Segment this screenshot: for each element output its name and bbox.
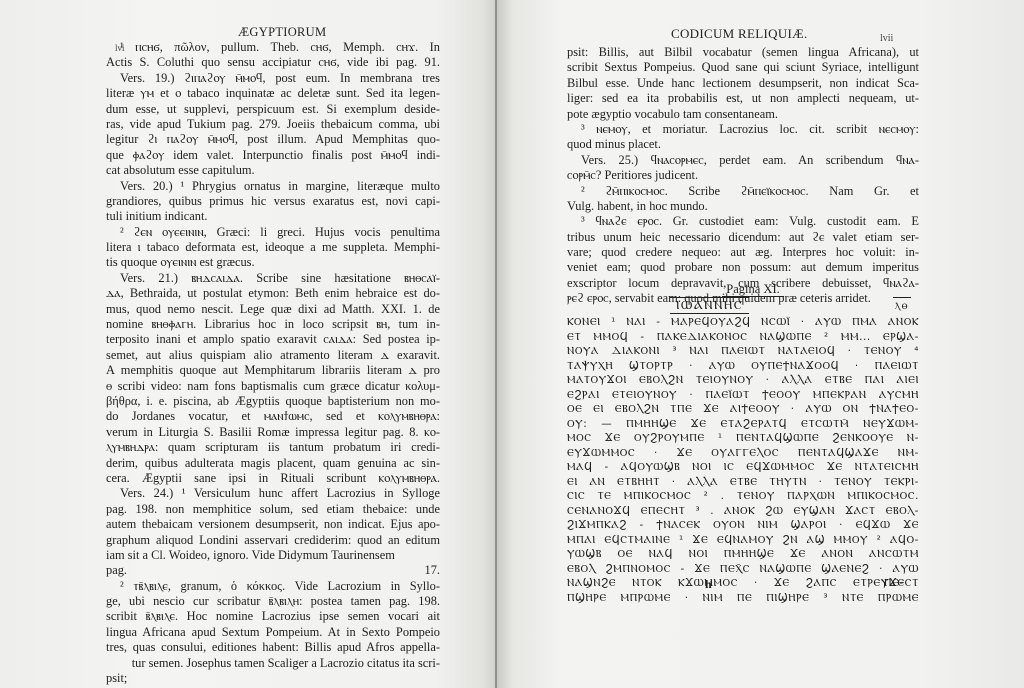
coptic-line: ⲞⲈ ⲈⲒ ⲈⲂⲞⲖϨⲚ ⲦⲠⲈ ϪⲈ ⲀⲒϮⲈⲞⲞⲨ · ⲀⲨⲰ ⲞⲚ ϮⲚⲀ…	[567, 402, 919, 417]
coptic-line-text: ⲘⲞⲤ ϪⲈ ⲞⲨϨⲢⲞⲨⲘⲠⲈ ¹ ⲠⲈⲚⲦⲀϤϢⲰⲠⲈ ϨⲈⲚⲔⲞⲞⲨⲈ Ⲛ…	[567, 432, 919, 444]
text-line: cat absolutum esse capitulum.	[106, 163, 440, 178]
coptic-line-text: ⲘⲀⲦⲞⲨϪⲞⲒ ⲈⲂⲞⲖϨⲚ ⲦⲈⲒⲞⲨⲚⲞⲨ · ⲀⲖⲖⲀ ⲈⲦⲂⲈ ⲠⲀⲒ…	[567, 374, 919, 386]
text-line: terposito inani et amplo spatio exaravit…	[106, 332, 440, 347]
pagina-label: Pagina XI.	[722, 282, 783, 297]
text-line: Vers. 19.) ϩⲓⲡⲁϩⲟⲩ ⲙ̄ⲙⲟϥ, post eum. In m…	[106, 71, 440, 86]
right-page-text: psit: Billis, aut Bilbil vocabatur (seme…	[567, 45, 919, 307]
text-line: Bilbul esse. Unde hanc lectionem desumps…	[567, 76, 919, 91]
text-line: Vers. 25.) ϥⲛⲁⲥⲟⲣⲙⲉⲥ, perdet eam. An scr…	[567, 153, 919, 168]
text-line: pote ægyptio vocabulo tam consentaneam.	[567, 107, 919, 122]
text-line: vare; quod credere nequeo: aut æg. Inter…	[567, 245, 919, 260]
text-line: scribit ⲃ̄ⲗⲃⲓⲗⲉ. Hoc nomine Lacrozius ip…	[106, 609, 440, 624]
coptic-book-title: ⲒⲰⲀⲚⲚⲎⲤ	[670, 297, 749, 314]
open-book-spread: ÆGYPTIORUM lvi CODICUM RELIQUIÆ. lvii ¹ …	[0, 0, 1024, 688]
coptic-line-text: ⲨⲰϢⲂ ⲞⲈ ⲚⲀϤ ⲚⲞⲒ ⲠⲘⲎⲎϢⲈ ϪⲈ ⲀⲚⲞⲚ ⲀⲚⲤⲰⲦⲘ	[567, 548, 919, 560]
coptic-line-text: ⲘⲠⲀⲒ ⲈϤⲤⲦⲘⲀⲒⲚⲈ ¹ ϪⲈ ⲈϤⲚⲀⲘⲞⲨ ϨⲚ ⲀϢ ⲘⲘⲞⲨ ²…	[567, 534, 919, 546]
coptic-line-text: ⲦⲀⲮⲨⲬⲎ ϢⲦⲞⲢⲦⲢ · ⲀⲨⲰ ⲞⲨⲠⲈϮⲚⲀϪⲞⲞϤ · ⲠⲀⲈⲒⲰⲦ	[567, 360, 919, 372]
text-line: ² ⲧⲃ̄ⲗⲃⲓⲗⲉ, granum, ὁ κόκκος. Vide Lacro…	[106, 579, 440, 594]
coptic-line: ⲘⲀⲦⲞⲨϪⲞⲒ ⲈⲂⲞⲖϨⲚ ⲦⲈⲒⲞⲨⲚⲞⲨ · ⲀⲖⲖⲀ ⲈⲦⲂⲈ ⲠⲀⲒ…	[567, 373, 919, 388]
coptic-line: ⲘⲞⲤ ϪⲈ ⲞⲨϨⲢⲞⲨⲘⲠⲈ ¹ ⲠⲈⲚⲦⲀϤϢⲰⲠⲈ ϨⲈⲚⲔⲞⲞⲨⲈ Ⲛ…	[567, 431, 919, 446]
coptic-line: ⲈⲨϪⲰⲘⲘⲞⲤ · ϪⲈ ⲞⲨⲀⲄⲄⲈⲖⲞⲤ ⲠⲈⲚⲦⲀϤϢⲀϪⲈ ⲚⲘ-	[567, 446, 919, 461]
text-line: Vers. 24.) ¹ Versiculum hunc affert Lacr…	[106, 486, 440, 501]
right-folio: lvii	[880, 33, 893, 44]
coptic-line-text: ⲘⲀϤ - ⲀϤⲞⲨⲰϢⲂ ⲚⲞⲒ ⲒⲤ ⲈϤϪⲰⲘⲘⲞⲤ ϪⲈ ⲚⲦⲀⲦⲈⲒⲤ…	[567, 461, 919, 473]
text-line: grandiores, quibus primus hic versus exa…	[106, 194, 440, 209]
text-line: quod minus placet.	[567, 137, 919, 152]
text-line: ² ϩⲙ̄ⲡⲓⲕⲟⲥⲙⲟⲥ. Scribe ϩⲙ̄ⲡⲉⲓ̈ⲕⲟⲥⲙⲟⲥ. Nam…	[567, 184, 919, 199]
coptic-line-text: ⲞⲨ: — ⲠⲘⲎⲎϢⲈ ϪⲈ ⲈⲦⲀϨⲈⲢⲀⲦϤ ⲈⲦⲤⲰⲦⲘ̄ ⲚⲈⲨϪⲰⲘ…	[567, 418, 919, 430]
coptic-line-text: ⲈⲂⲞⲖ ϨⲘⲠⲚⲞⲘⲞⲤ - ϪⲈ ⲠⲈⲬ̄Ⲥ ⲚⲀϢⲰⲠⲈ ϢⲀⲈⲚⲈϨ ·…	[567, 563, 919, 575]
text-line: tuli initium indicant.	[106, 209, 440, 224]
text-line: cera. Ægyptii sane ipsi in Rituali scrib…	[106, 471, 440, 486]
book-gutter	[495, 0, 497, 688]
coptic-line-text: ϨⲒϪⲘⲠⲔⲀϨ - ϮⲚⲀⲤⲈⲔ ⲞⲨⲞⲚ ⲚⲒⲘ ϢⲀⲢⲞⲒ · ⲈϤϪⲰ …	[567, 519, 919, 531]
coptic-line: v. 28.ⲈϨⲢⲀⲒ ⲈⲦⲈⲒⲞⲨⲚⲞⲨ · ⲠⲀⲈⲒ̈ⲰⲦ ϮⲈⲞⲞⲨ ⲘⲠ…	[567, 388, 919, 403]
coptic-line: ⲦⲀⲮⲨⲬⲎ ϢⲦⲞⲢⲦⲢ · ⲀⲨⲰ ⲞⲨⲠⲈϮⲚⲀϪⲞⲞϤ · ⲠⲀⲈⲒⲰⲦ	[567, 359, 919, 374]
coptic-line-text: ⲈⲦ ⲘⲘⲞϤ - ⲠⲀⲔⲈⲆⲒⲀⲔⲞⲚⲞⲤ ⲚⲀϢⲰⲠⲈ ² ⲘⲘ... ⲈⲢ…	[567, 331, 919, 343]
text-line: veniet eam; quod probare non possum: aut…	[567, 260, 919, 275]
coptic-book-header: ⲒⲰⲀⲚⲚⲎⲤ ⲗⲑ	[567, 297, 919, 315]
coptic-line-text: ⲈϨⲢⲀⲒ ⲈⲦⲈⲒⲞⲨⲚⲞⲨ · ⲠⲀⲈⲒ̈ⲰⲦ ϮⲈⲞⲞⲨ ⲘⲠⲈⲔⲢⲀⲚ …	[567, 389, 919, 401]
text-line: ge, ubi nescio cur scribatur ⲃ̄ⲗⲃⲓⲗⲏ: po…	[106, 594, 440, 609]
coptic-line: v. 31.ⲈⲒ ⲀⲚ ⲈⲦⲂⲎⲎⲦ · ⲀⲖⲖⲀ ⲈⲦⲂⲈ ⲦⲎⲨⲦⲚ · Ⲧ…	[567, 475, 919, 490]
coptic-line-text: ⲔⲞⲚⲈⲒ ¹ ⲚⲀⲒ - ⲘⲀⲢⲈϤⲞⲨⲀϨϤ ⲚⲤⲰⲒ̈ · ⲀⲨⲰ ⲠⲘⲀ…	[567, 316, 919, 328]
coptic-line: v. 34.ⲘⲠⲀⲒ ⲈϤⲤⲦⲘⲀⲒⲚⲈ ¹ ϪⲈ ⲈϤⲚⲀⲘⲞⲨ ϨⲚ ⲀϢ …	[567, 533, 919, 548]
pagina-heading: Pagina XI.	[587, 281, 919, 297]
text-line: psit;	[106, 671, 440, 686]
coptic-line: ⲨⲰϢⲂ ⲞⲈ ⲚⲀϤ ⲚⲞⲒ ⲠⲘⲎⲎϢⲈ ϪⲈ ⲀⲚⲞⲚ ⲀⲚⲤⲰⲦⲘ	[567, 547, 919, 562]
catchword: ⲠⲈ-	[884, 577, 904, 590]
right-running-head: CODICUM RELIQUIÆ.	[671, 26, 808, 42]
text-line: liger: sed ea ita probabilis est, ut non…	[567, 91, 919, 106]
coptic-line: v. 32.ⲤⲈⲚⲀⲚⲞϪϤ ⲈⲠⲈⲤⲎⲦ ³ . ⲀⲚⲞⲔ ϨⲰ ⲈⲨϢⲀⲚ …	[567, 504, 919, 519]
coptic-line-text: ⲚⲀϢⲚϨⲈ ⲚⲦⲞⲔ ⲔϪⲰⲘⲘⲞⲤ · ϪⲈ ϨⲀⲠⲤ ⲈⲦⲢⲈⲨϪⲈⲤⲦ	[567, 577, 919, 589]
coptic-lines: ⲔⲞⲚⲈⲒ ¹ ⲚⲀⲒ - ⲘⲀⲢⲈϤⲞⲨⲀϨϤ ⲚⲤⲰⲒ̈ · ⲀⲨⲰ ⲠⲘⲀ…	[567, 315, 919, 605]
coptic-line: ⲈⲦ ⲘⲘⲞϤ - ⲠⲀⲔⲈⲆⲒⲀⲔⲞⲚⲞⲤ ⲚⲀϢⲰⲠⲈ ² ⲘⲘ... ⲈⲢ…	[567, 330, 919, 345]
text-line: legitur ϩⲓ ⲡⲁϩⲟⲩ ⲙ̄ⲙⲟϥ, post illum. Apud…	[106, 132, 440, 147]
coptic-line: v. 27.ⲚⲞⲨⲀ ⲆⲒⲀⲔⲞⲚⲒ ³ ⲚⲀⲒ ⲠⲀⲈⲒⲰⲦ ⲚⲀⲦⲀⲈⲒⲞϤ…	[567, 344, 919, 359]
signature-mark: h	[705, 577, 712, 592]
text-line: psit: Billis, aut Bilbil vocabatur (seme…	[567, 45, 919, 60]
text-line: literæ ⲩⲙ et ⲟ tabaco inquinatæ ac delet…	[106, 86, 440, 101]
text-line: graphum aliquod Londini asservari credid…	[106, 533, 440, 548]
text-line: lingua Africana apud Sextum Pompeium. At…	[106, 625, 440, 640]
text-line: autem thebaicam versionem desumpserit, n…	[106, 517, 440, 532]
coptic-line-text: ⲤⲈⲚⲀⲚⲞϪϤ ⲈⲠⲈⲤⲎⲦ ³ . ⲀⲚⲞⲔ ϨⲰ ⲈⲨϢⲀⲚ ϪⲀⲤⲦ Ⲉ…	[567, 505, 919, 517]
text-line: tribus unum heic necessario dicendum: au…	[567, 230, 919, 245]
text-line: ras, vide apud Tukium pag. 279. Joeiis t…	[106, 117, 440, 132]
coptic-line: v. 33.ϨⲒϪⲘⲠⲔⲀϨ - ϮⲚⲀⲤⲈⲔ ⲞⲨⲞⲚ ⲚⲒⲘ ϢⲀⲢⲞⲒ ·…	[567, 518, 919, 533]
text-line: derim, quibus adulterata magis placent, …	[106, 456, 440, 471]
text-line: nomine ⲃⲏⲑⲫⲁⲅⲏ. Librarius hoc in loco sc…	[106, 317, 440, 332]
text-line: scribit Sextus Pompeius. Quod sane qui s…	[567, 60, 919, 75]
text-line: ² ϩⲉⲛ ⲟⲩⲉⲉⲓⲛⲓⲛ, Græci: li greci. Hujus v…	[106, 225, 440, 240]
text-line: tres, quas consului, editiones habent: B…	[106, 640, 440, 655]
text-line: ³ ⲛⲉⲙⲟⲩ, et moriatur. Lacrozius loc. cit…	[567, 122, 919, 137]
text-line: pag. 17.	[106, 563, 440, 578]
coptic-line: ⲔⲞⲚⲈⲒ ¹ ⲚⲀⲒ - ⲘⲀⲢⲈϤⲞⲨⲀϨϤ ⲚⲤⲰⲒ̈ · ⲀⲨⲰ ⲠⲘⲀ…	[567, 315, 919, 330]
coptic-line: ⲠϢⲎⲢⲈ ⲘⲠⲢⲰⲘⲈ · ⲚⲒⲘ ⲠⲈ ⲠⲒϢⲎⲢⲈ ³ ⲚⲦⲈ ⲠⲢⲰⲘⲈ	[567, 591, 919, 606]
text-line: ³ ϥⲛⲁϩⲉ ⲉⲣⲟⲥ. Gr. custodiet eam: Vulg. c…	[567, 214, 919, 229]
coptic-chapter-number: ⲗⲑ	[893, 297, 911, 313]
text-line: Vers. 21.) ⲃⲏⲇⲥⲁⲓⲇⲁ. Scribe sine hæsitat…	[106, 271, 440, 286]
text-line: verum in Liturgia S. Basilii Romæ impres…	[106, 425, 440, 440]
text-line: Vulg. habent, in hoc mundo.	[567, 199, 919, 214]
text-line: A memphitis quoque aut Memphitarum libra…	[106, 363, 440, 378]
coptic-line: ⲚⲀϢⲚϨⲈ ⲚⲦⲞⲔ ⲔϪⲰⲘⲘⲞⲤ · ϪⲈ ϨⲀⲠⲤ ⲈⲦⲢⲈⲨϪⲈⲤⲦ	[567, 576, 919, 591]
coptic-line-text: ⲚⲞⲨⲀ ⲆⲒⲀⲔⲞⲚⲒ ³ ⲚⲀⲒ ⲠⲀⲈⲒⲰⲦ ⲚⲀⲦⲀⲈⲒⲞϤ · ⲦⲈⲚ…	[567, 345, 919, 357]
text-line: iam sit a Cl. Woideo, ignoro. Vide Didym…	[106, 548, 440, 563]
text-line: βήθρα, i. e. piscina, ab Ægyptiis quoque…	[106, 394, 440, 409]
text-line: tur semen. Josephus tamen Scaliger a Lac…	[106, 656, 440, 671]
text-line: ⲑ scribi video: nam fons baptismalis cum…	[106, 379, 440, 394]
coptic-text-section: Pagina XI. ⲒⲰⲀⲚⲚⲎⲤ ⲗⲑ ⲔⲞⲚⲈⲒ ¹ ⲚⲀⲒ - ⲘⲀⲢⲈ…	[567, 281, 919, 605]
coptic-line: ⲈⲂⲞⲖ ϨⲘⲠⲚⲞⲘⲞⲤ - ϪⲈ ⲠⲈⲬ̄Ⲥ ⲚⲀϢⲰⲠⲈ ϢⲀⲈⲚⲈϨ ·…	[567, 562, 919, 577]
text-line: tis quoque ⲟⲩⲉⲓⲛⲓⲛ est græcus.	[106, 255, 440, 270]
text-line: mus, quod nemo nescit. Lege quæ dixi ad …	[106, 302, 440, 317]
left-running-head: ÆGYPTIORUM	[238, 25, 326, 40]
coptic-line-text: ⲞⲈ ⲈⲒ ⲈⲂⲞⲖϨⲚ ⲦⲠⲈ ϪⲈ ⲀⲒϮⲈⲞⲞⲨ · ⲀⲨⲰ ⲞⲚ ϮⲚⲀ…	[567, 403, 919, 415]
text-line: Actis S. Coluthi quo sensu accipiatur ⲥⲏ…	[106, 55, 440, 70]
text-line: que ⲫⲁϩⲟⲩ idem valet. Interpunctio final…	[106, 148, 440, 163]
coptic-line: v. 30.ⲘⲀϤ - ⲀϤⲞⲨⲰϢⲂ ⲚⲞⲒ ⲒⲤ ⲈϤϪⲰⲘⲘⲞⲤ ϪⲈ Ⲛ…	[567, 460, 919, 475]
text-line: ¹ ⲡⲥⲏϭ, πῶλον, pullum. Theb. ⲥⲏϭ, Memph.…	[106, 40, 440, 55]
text-line: ⲇⲁ, Bethraida, ut postulat etymon: Beth …	[106, 286, 440, 301]
text-line: pag. 198. non memphitice solum, sed etia…	[106, 502, 440, 517]
text-line: litera ⲓ tabaco deformata est, ideoque a…	[106, 240, 440, 255]
text-line: semet, aut alius quispiam alio atramento…	[106, 348, 440, 363]
text-line: do Jordanes vocatur, et ⲙⲁⲛϯⲱⲙⲥ, sed et …	[106, 409, 440, 424]
coptic-line-text: ⲈⲒ ⲀⲚ ⲈⲦⲂⲎⲎⲦ · ⲀⲖⲖⲀ ⲈⲦⲂⲈ ⲦⲎⲨⲦⲚ · ⲦⲈⲚⲞⲨ Ⲧ…	[567, 476, 919, 488]
text-line: dum esse, ut supplevi, perspicuum est. S…	[106, 102, 440, 117]
coptic-line-text: ⲤⲒⲤ ⲦⲈ ⲘⲠⲒⲔⲞⲤⲘⲞⲤ ² . ⲦⲈⲚⲞⲨ ⲠⲀⲢⲬⲰⲚ ⲘⲠⲒⲔⲞⲤ…	[567, 490, 919, 502]
coptic-line-text: ⲠϢⲎⲢⲈ ⲘⲠⲢⲰⲘⲈ · ⲚⲒⲘ ⲠⲈ ⲠⲒϢⲎⲢⲈ ³ ⲚⲦⲈ ⲠⲢⲰⲘⲈ	[567, 592, 919, 604]
text-line: ⲥⲟⲣⲙ̄ⲥ? Peritiores judicent.	[567, 168, 919, 183]
left-page-text: ¹ ⲡⲥⲏϭ, πῶλον, pullum. Theb. ⲥⲏϭ, Memph.…	[106, 40, 440, 686]
coptic-line: v. 29.ⲞⲨ: — ⲠⲘⲎⲎϢⲈ ϪⲈ ⲈⲦⲀϨⲈⲢⲀⲦϤ ⲈⲦⲤⲰⲦⲘ̄ …	[567, 417, 919, 432]
coptic-line-text: ⲈⲨϪⲰⲘⲘⲞⲤ · ϪⲈ ⲞⲨⲀⲄⲄⲈⲖⲞⲤ ⲠⲈⲚⲦⲀϤϢⲀϪⲈ ⲚⲘ-	[567, 447, 919, 459]
text-line: Vers. 20.) ¹ Phrygius ornatus in margine…	[106, 179, 440, 194]
text-line: ⲗⲩⲙⲃⲏⲇⲣⲁ: quam scripturam iis tantum pro…	[106, 440, 440, 455]
coptic-line: ⲤⲒⲤ ⲦⲈ ⲘⲠⲒⲔⲞⲤⲘⲞⲤ ² . ⲦⲈⲚⲞⲨ ⲠⲀⲢⲬⲰⲚ ⲘⲠⲒⲔⲞⲤ…	[567, 489, 919, 504]
